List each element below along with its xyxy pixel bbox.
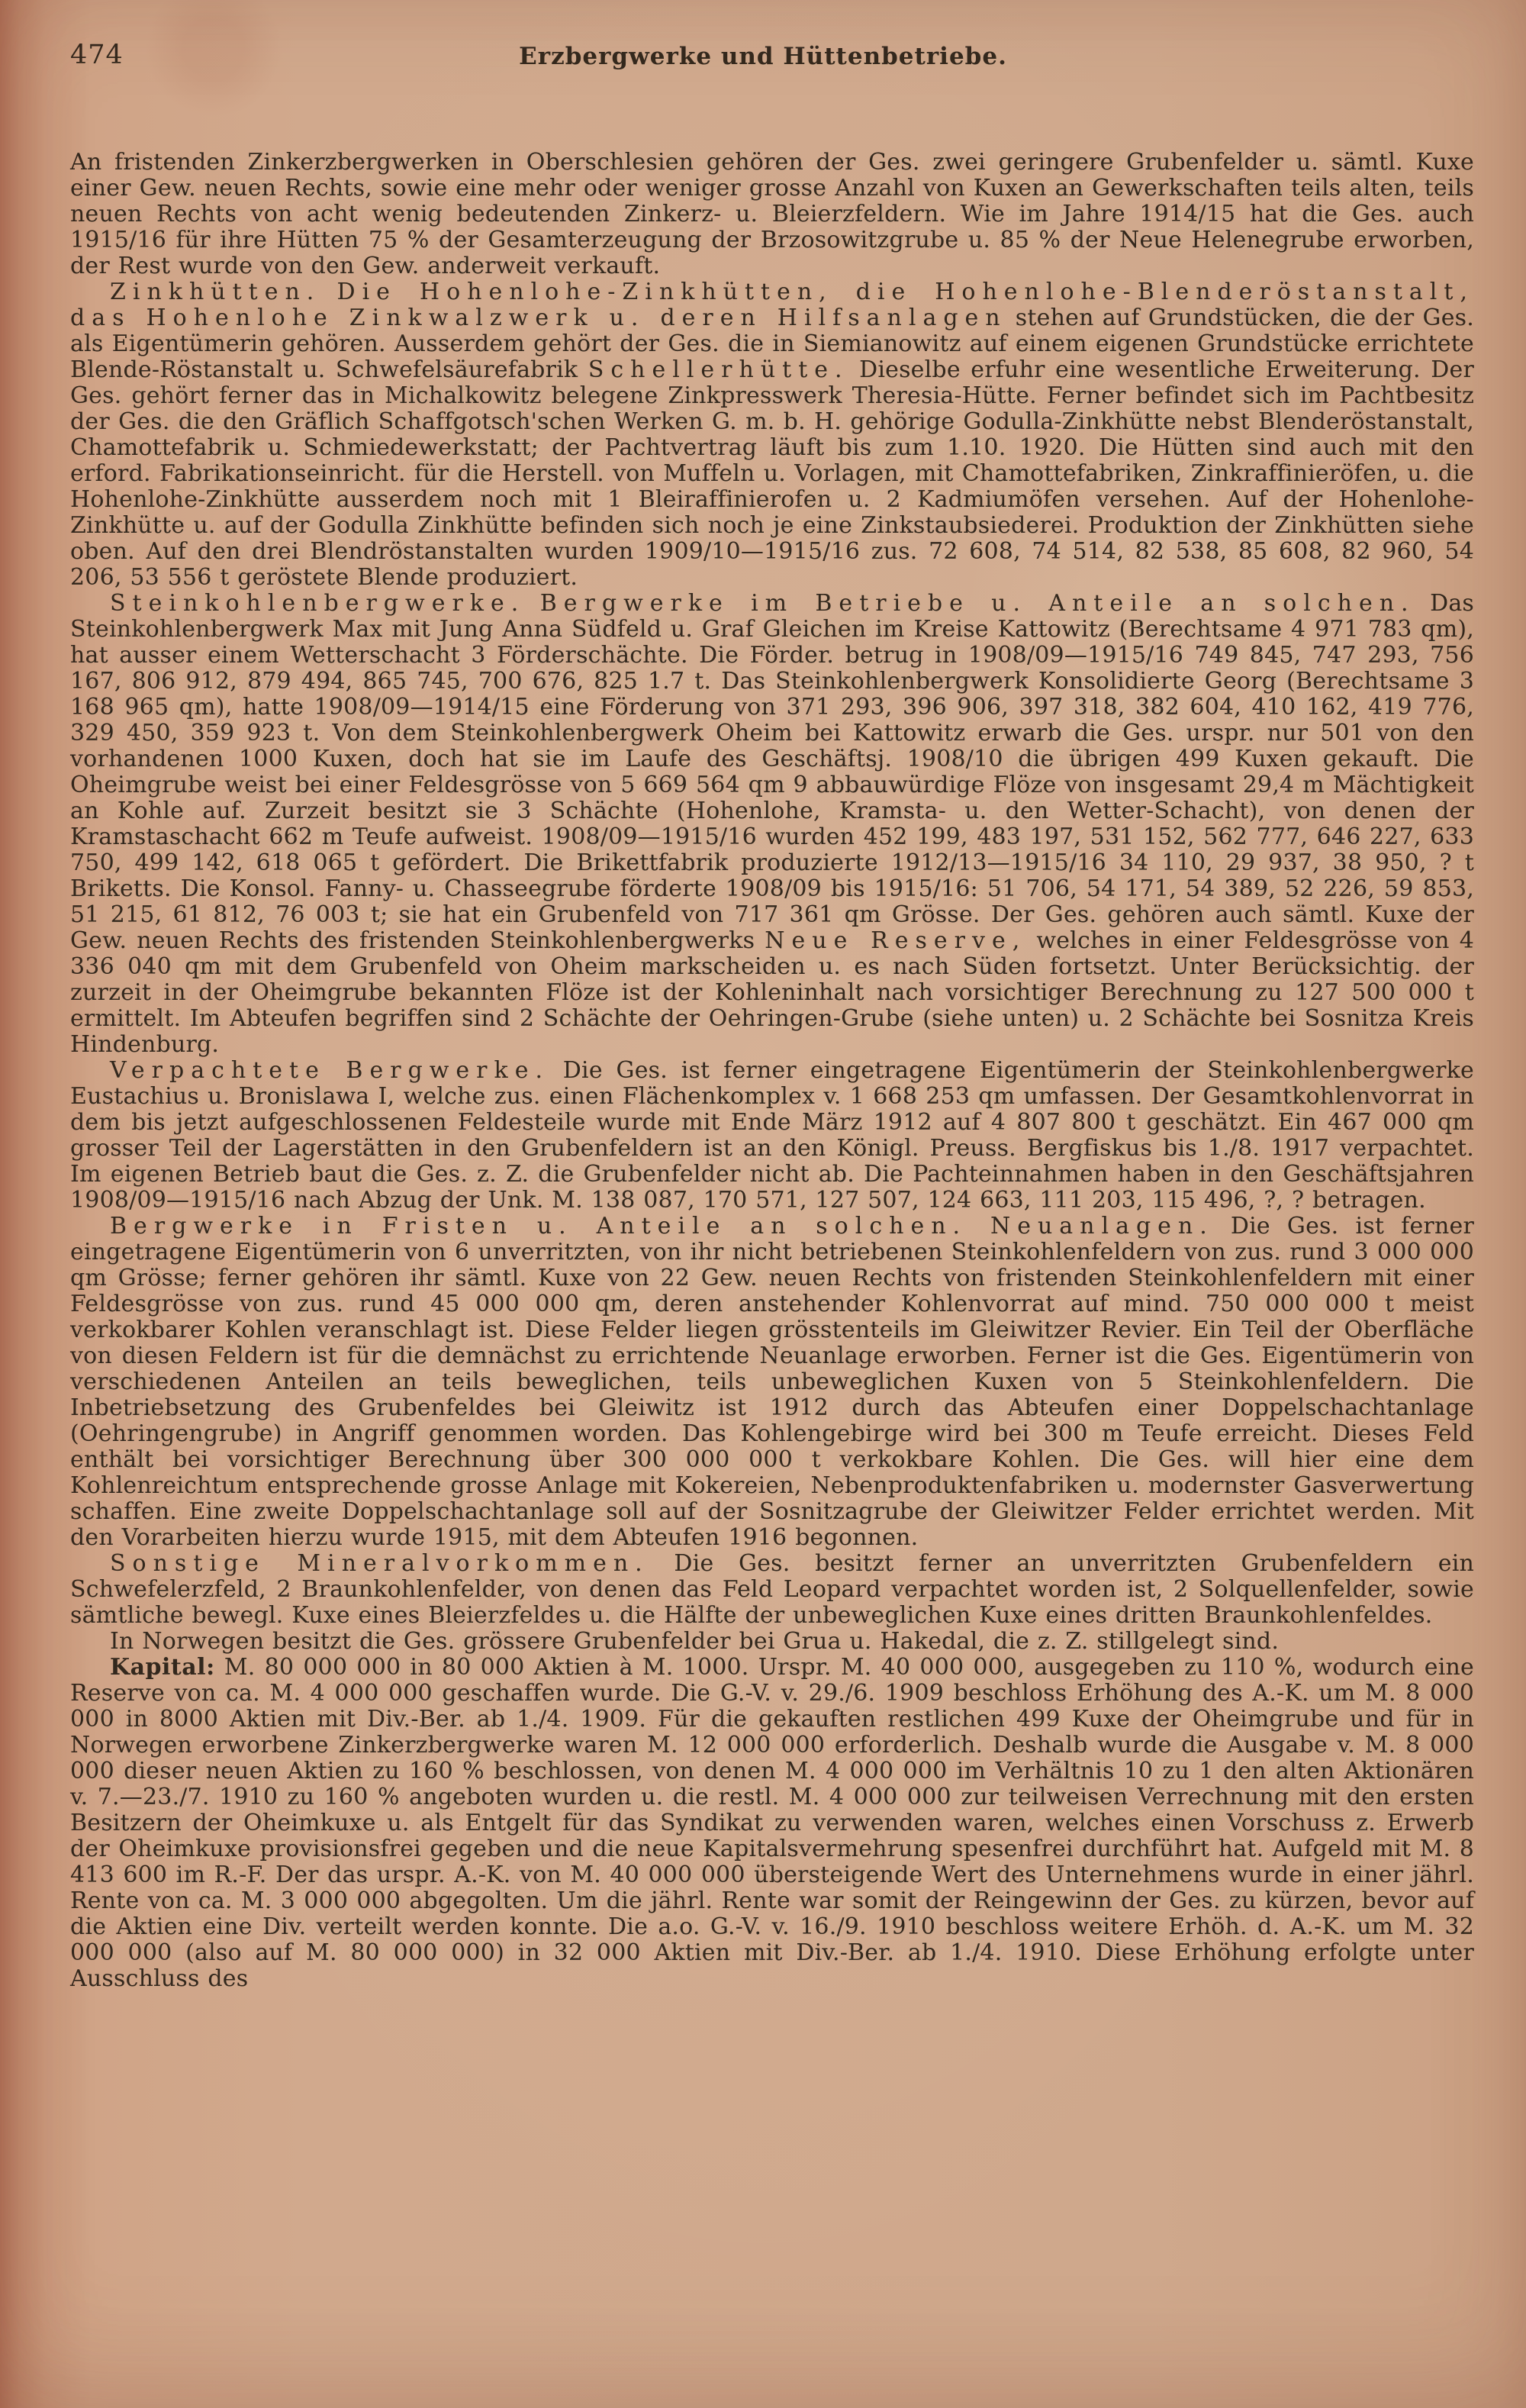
body-text: An fristenden Zinkerzbergwerken in Obers… [70, 149, 1474, 279]
paragraph-steinkohlenbergwerke: Steinkohlenbergwerke. Bergwerke im Betri… [70, 591, 1474, 1058]
book-page: 474 Erzbergwerke und Hüttenbetriebe. An … [0, 0, 1526, 2408]
body-text: Dieselbe erfuhr eine wesentliche Erweite… [70, 356, 1474, 591]
section-heading-verpachtete-bergwerke: Verpachtete Bergwerke. [110, 1057, 549, 1084]
body-text: In Norwegen besitzt die Ges. grössere Gr… [110, 1628, 1279, 1655]
emphasized-text: Schellerhütte. [588, 356, 849, 383]
section-heading-steinkohlenbergwerke: Steinkohlenbergwerke. [110, 590, 525, 617]
paragraph-sonstige-mineralvorkommen: Sonstige Mineralvorkommen. Die Ges. besi… [70, 1551, 1474, 1629]
paragraph-intro: An fristenden Zinkerzbergwerken in Obers… [70, 150, 1474, 279]
section-heading-sonstige-mineralvorkommen: Sonstige Mineralvorkommen. [110, 1550, 649, 1577]
section-heading-kapital: Kapital: [110, 1654, 215, 1681]
paragraph-kapital: Kapital: M. 80 000 000 in 80 000 Aktien … [70, 1655, 1474, 1992]
body-text: Die Ges. ist ferner eingetragene Eigentü… [70, 1213, 1474, 1551]
emphasized-text: Neue Reserve, [765, 927, 1026, 954]
page-title: Erzbergwerke und Hüttenbetriebe. [519, 43, 1007, 70]
body-text: M. 80 000 000 in 80 000 Aktien à M. 1000… [70, 1654, 1474, 1992]
paragraph-norwegen: In Norwegen besitzt die Ges. grössere Gr… [70, 1629, 1474, 1655]
paragraph-zinkhuetten: Zinkhütten. Die Hohenlohe-Zinkhütten, di… [70, 279, 1474, 591]
page-number: 474 [70, 40, 124, 70]
body-text: Das Steinkohlenbergwerk Max mit Jung Ann… [70, 590, 1474, 954]
paragraph-verpachtete-bergwerke: Verpachtete Bergwerke. Die Ges. ist fern… [70, 1058, 1474, 1214]
section-heading-bergwerke-in-fristen: Bergwerke in Fristen u. Anteile an solch… [110, 1213, 1214, 1239]
emphasized-text: Bergwerke im Betriebe u. Anteile an solc… [540, 590, 1415, 617]
paragraph-bergwerke-in-fristen: Bergwerke in Fristen u. Anteile an solch… [70, 1214, 1474, 1551]
page-header: 474 Erzbergwerke und Hüttenbetriebe. [0, 0, 1526, 90]
page-body-text: An fristenden Zinkerzbergwerken in Obers… [70, 150, 1474, 1992]
section-heading-zinkhuetten: Zinkhütten. [110, 279, 320, 305]
